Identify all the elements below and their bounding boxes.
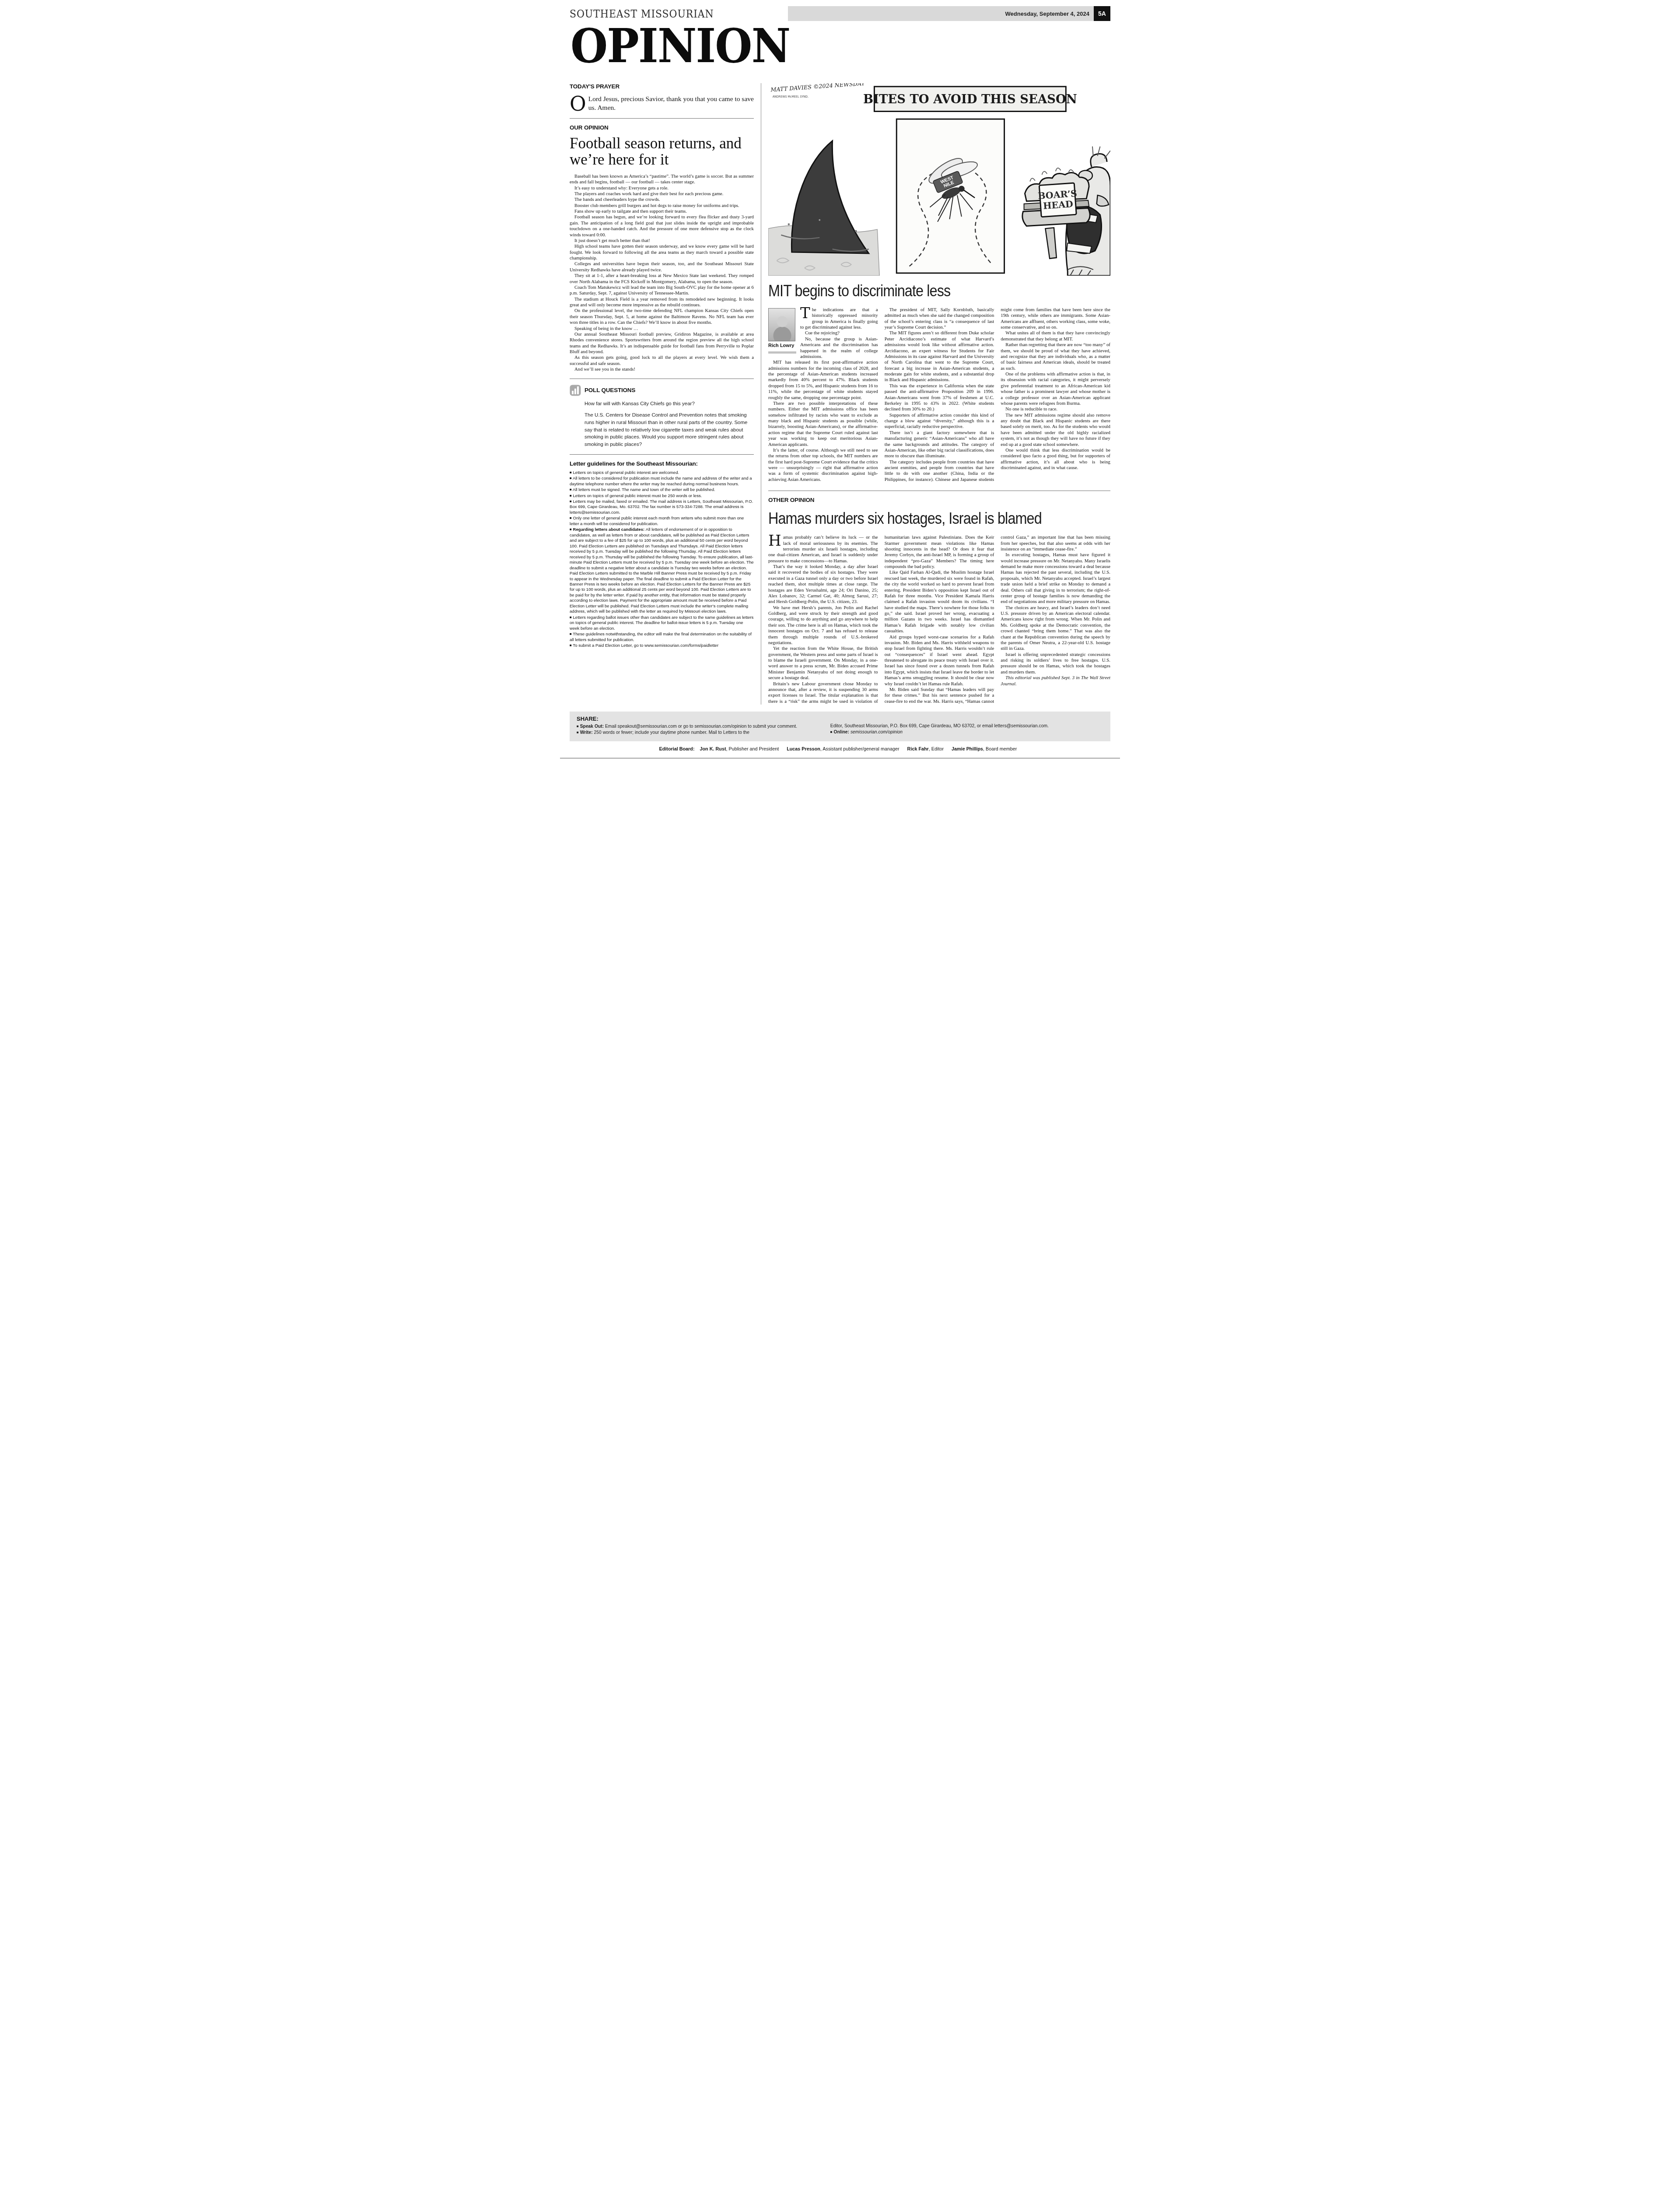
guideline-item: ■ Letters regarding ballot issues other … bbox=[570, 615, 754, 631]
write-continuation: Editor, Southeast Missourian, P.O. Box 6… bbox=[830, 723, 1103, 729]
write-item: ■ Write: 250 words or fewer; include you… bbox=[577, 730, 819, 736]
cartoon-banner-title: BITES TO AVOID THIS SEASON bbox=[863, 92, 1077, 106]
article-paragraph: It just doesn’t get much better than tha… bbox=[570, 238, 754, 244]
article-paragraph: High school teams have gotten their seas… bbox=[570, 244, 754, 261]
article-paragraph: No one is reducible to race. bbox=[1001, 407, 1110, 412]
share-title: SHARE: bbox=[577, 715, 819, 722]
article-paragraph: Baseball has been known as America’s “pa… bbox=[570, 174, 754, 186]
article-paragraph: Like Qaid Farhan Al-Qadi, the Muslim hos… bbox=[885, 570, 994, 634]
bullet-square-icon: ■ bbox=[570, 632, 572, 636]
article-paragraph: This was the experience in California wh… bbox=[885, 383, 994, 413]
article-paragraph: The stadium at Houck Field is a year rem… bbox=[570, 297, 754, 309]
article-paragraph: The bands and cheerleaders hype the crow… bbox=[570, 197, 754, 203]
byline-underline bbox=[768, 351, 796, 354]
article-paragraph: Speaking of being in the know … bbox=[570, 326, 754, 332]
board-member: Rick FahrEditor bbox=[907, 747, 944, 752]
article-paragraph: Booster club members grill burgers and h… bbox=[570, 203, 754, 209]
article-paragraph: Hamas probably can’t believe its luck — … bbox=[768, 535, 878, 564]
letter-guidelines-heading: Letter guidelines for the Southeast Miss… bbox=[570, 460, 754, 467]
article-paragraph: The players and coaches work hard and gi… bbox=[570, 191, 754, 197]
article-paragraph: On the professional level, the two-time … bbox=[570, 308, 754, 326]
article-paragraph: One of the problems with affirmative act… bbox=[1001, 372, 1110, 407]
left-column: TODAY'S PRAYER O Lord Jesus, precious Sa… bbox=[570, 83, 761, 705]
article-paragraph: The president of MIT, Sally Kornbluth, b… bbox=[885, 307, 994, 331]
other-opinion-label: OTHER OPINION bbox=[768, 497, 1110, 503]
article-paragraph: The MIT figures aren’t so different from… bbox=[885, 330, 994, 383]
article-paragraph: Coach Tom Matukewicz will lead the team … bbox=[570, 285, 754, 297]
divider-rule bbox=[570, 454, 754, 455]
article-paragraph: They sit at 1-1, after a heart-breaking … bbox=[570, 273, 754, 285]
divider-rule bbox=[570, 118, 754, 119]
syndicate-credit: ANDREWS McMEEL SYND. bbox=[773, 95, 808, 98]
page-number-badge: 5A bbox=[1094, 6, 1110, 21]
mit-article-body: Rich Lowry The indications are that a hi… bbox=[768, 307, 1110, 483]
article-paragraph: We have met Hersh’s parents, Jon Polin a… bbox=[768, 605, 878, 646]
divider-rule bbox=[570, 379, 754, 379]
boars-head-label: BOAR’SHEAD bbox=[1037, 188, 1078, 212]
article-paragraph: Israel is offering unprecedented strateg… bbox=[1001, 652, 1110, 676]
guideline-item: ■ Letters on topics of general public in… bbox=[570, 494, 754, 499]
bullet-square-icon: ■ bbox=[570, 615, 572, 619]
other-opinion-article: OTHER OPINION Hamas murders six hostages… bbox=[768, 497, 1110, 705]
article-paragraph: What unites all of them is that they hav… bbox=[1001, 330, 1110, 342]
mit-byline-block: Rich Lowry bbox=[768, 308, 796, 354]
our-opinion-label: OUR OPINION bbox=[570, 124, 754, 131]
guideline-item: ■ Letters on topics of general public in… bbox=[570, 470, 754, 476]
right-column: MATT DAVIES ©2024 NEWSDAY ANDREWS McMEEL… bbox=[761, 83, 1110, 705]
article-paragraph: And we’ll see you in the stands! bbox=[570, 367, 754, 372]
editorial-cartoon: MATT DAVIES ©2024 NEWSDAY ANDREWS McMEEL… bbox=[768, 83, 1110, 276]
bullet-square-icon: ■ bbox=[577, 724, 579, 728]
rich-lowry-photo bbox=[768, 308, 795, 341]
article-paragraph: Colleges and universities have begun the… bbox=[570, 261, 754, 273]
guideline-item: ■ These guidelines notwithstanding, the … bbox=[570, 632, 754, 643]
football-article-body: Baseball has been known as America’s “pa… bbox=[570, 174, 754, 373]
board-member: Jon K. RustPublisher and President bbox=[700, 747, 779, 752]
bullet-square-icon: ■ bbox=[570, 516, 572, 520]
prayer-text: O Lord Jesus, precious Savior, thank you… bbox=[570, 95, 754, 112]
guideline-item: ■ All letters to be considered for publi… bbox=[570, 476, 754, 487]
article-paragraph: Yet the reaction from the White House, t… bbox=[768, 646, 878, 681]
article-paragraph: The choices are heavy, and Israel’s lead… bbox=[1001, 605, 1110, 652]
guideline-item: ■ To submit a Paid Election Letter, go t… bbox=[570, 643, 754, 649]
board-member: Jamie PhillipsBoard member bbox=[952, 747, 1017, 752]
share-right-column: Editor, Southeast Missourian, P.O. Box 6… bbox=[830, 715, 1103, 736]
article-paragraph: MIT has released its first post-affirmat… bbox=[768, 360, 878, 401]
prayer-label: TODAY'S PRAYER bbox=[570, 83, 754, 90]
section-masthead: OPINION bbox=[570, 25, 1083, 74]
football-headline: Football season returns, and we’re here … bbox=[570, 135, 754, 168]
guideline-item: ■ All letters must be signed. The name a… bbox=[570, 487, 754, 493]
article-paragraph: That’s the way it looked Monday, a day a… bbox=[768, 564, 878, 605]
share-section: SHARE: ■ Speak Out: Email speakout@semis… bbox=[570, 712, 1110, 741]
poll-question-2: The U.S. Centers for Disease Control and… bbox=[584, 412, 754, 448]
divider-rule bbox=[768, 491, 1110, 491]
bullet-square-icon: ■ bbox=[570, 487, 572, 491]
bullet-square-icon: ■ bbox=[570, 494, 572, 498]
guideline-item: ■ Regarding letters about candidates:All… bbox=[570, 527, 754, 615]
online-item: ■ Online: semissourian.com/opinion bbox=[830, 729, 1103, 736]
header-strip: Wednesday, September 4, 2024 5A bbox=[788, 6, 1110, 21]
newspaper-page: Southeast Missourian Wednesday, Septembe… bbox=[560, 0, 1120, 758]
article-paragraph: The new MIT admissions regime should als… bbox=[1001, 413, 1110, 448]
hamas-article-body: Hamas probably can’t believe its luck — … bbox=[768, 535, 1110, 705]
article-paragraph: In executing hostages, Hamas must have f… bbox=[1001, 552, 1110, 605]
article-paragraph: Rather than regretting that there are no… bbox=[1001, 342, 1110, 372]
speak-out-item: ■ Speak Out: Email speakout@semissourian… bbox=[577, 724, 819, 730]
bullet-square-icon: ■ bbox=[570, 470, 572, 474]
article-paragraph: There are two possible interpretations o… bbox=[768, 401, 878, 448]
board-member: Lucas PressonAssistant publisher/general… bbox=[787, 747, 899, 752]
bullet-square-icon: ■ bbox=[830, 730, 833, 734]
bullet-square-icon: ■ bbox=[570, 476, 572, 480]
article-paragraph: Supporters of affirmative action conside… bbox=[885, 413, 994, 430]
poll-question-1: How far will with Kansas City Chiefs go … bbox=[584, 400, 754, 408]
bullet-square-icon: ■ bbox=[570, 527, 572, 531]
article-paragraph: There isn’t a giant factory somewhere th… bbox=[885, 430, 994, 459]
letter-guidelines-list: ■ Letters on topics of general public in… bbox=[570, 470, 754, 649]
hamas-headline: Hamas murders six hostages, Israel is bl… bbox=[768, 509, 1042, 528]
guideline-item: ■ Only one letter of general public inte… bbox=[570, 516, 754, 527]
poll-questions-label: POLL QUESTIONS bbox=[584, 387, 635, 393]
bullet-square-icon: ■ bbox=[577, 730, 579, 734]
poll-questions-header: POLL QUESTIONS bbox=[570, 385, 754, 396]
article-paragraph: Football season has begun, and we’re loo… bbox=[570, 214, 754, 238]
article-paragraph: Our annual Southeast Missouri football p… bbox=[570, 332, 754, 355]
bullet-square-icon: ■ bbox=[570, 643, 572, 647]
article-paragraph: As this season gets going, good luck to … bbox=[570, 355, 754, 367]
poll-chart-icon bbox=[570, 385, 581, 396]
cartoon-mosquito-panel: WESTNILE bbox=[896, 119, 1004, 273]
mit-headline: MIT begins to discriminate less bbox=[768, 282, 950, 300]
byline-name: Rich Lowry bbox=[768, 343, 796, 349]
editorial-board-label: Editorial Board: bbox=[659, 747, 695, 752]
mit-article: MIT begins to discriminate less Rich Low… bbox=[768, 276, 1110, 483]
article-paragraph: This editorial was published Sept. 3 in … bbox=[1001, 675, 1110, 687]
article-paragraph: Aid groups hyped worst-case scenarios fo… bbox=[885, 635, 994, 687]
share-left-column: SHARE: ■ Speak Out: Email speakout@semis… bbox=[577, 715, 819, 736]
article-paragraph: It’s easy to understand why: Everyone ge… bbox=[570, 186, 754, 191]
editorial-board-line: Editorial Board: Jon K. RustPublisher an… bbox=[570, 747, 1110, 752]
bullet-square-icon: ■ bbox=[570, 499, 572, 503]
date-text: Wednesday, September 4, 2024 bbox=[1005, 11, 1094, 17]
article-paragraph: It’s the latter, of course. Although we … bbox=[768, 448, 878, 483]
article-paragraph: One would think that less discrimination… bbox=[1001, 448, 1110, 471]
article-paragraph: Fans show up early to tailgate and then … bbox=[570, 209, 754, 214]
guideline-item: ■ Letters may be mailed, faxed or emaile… bbox=[570, 499, 754, 515]
